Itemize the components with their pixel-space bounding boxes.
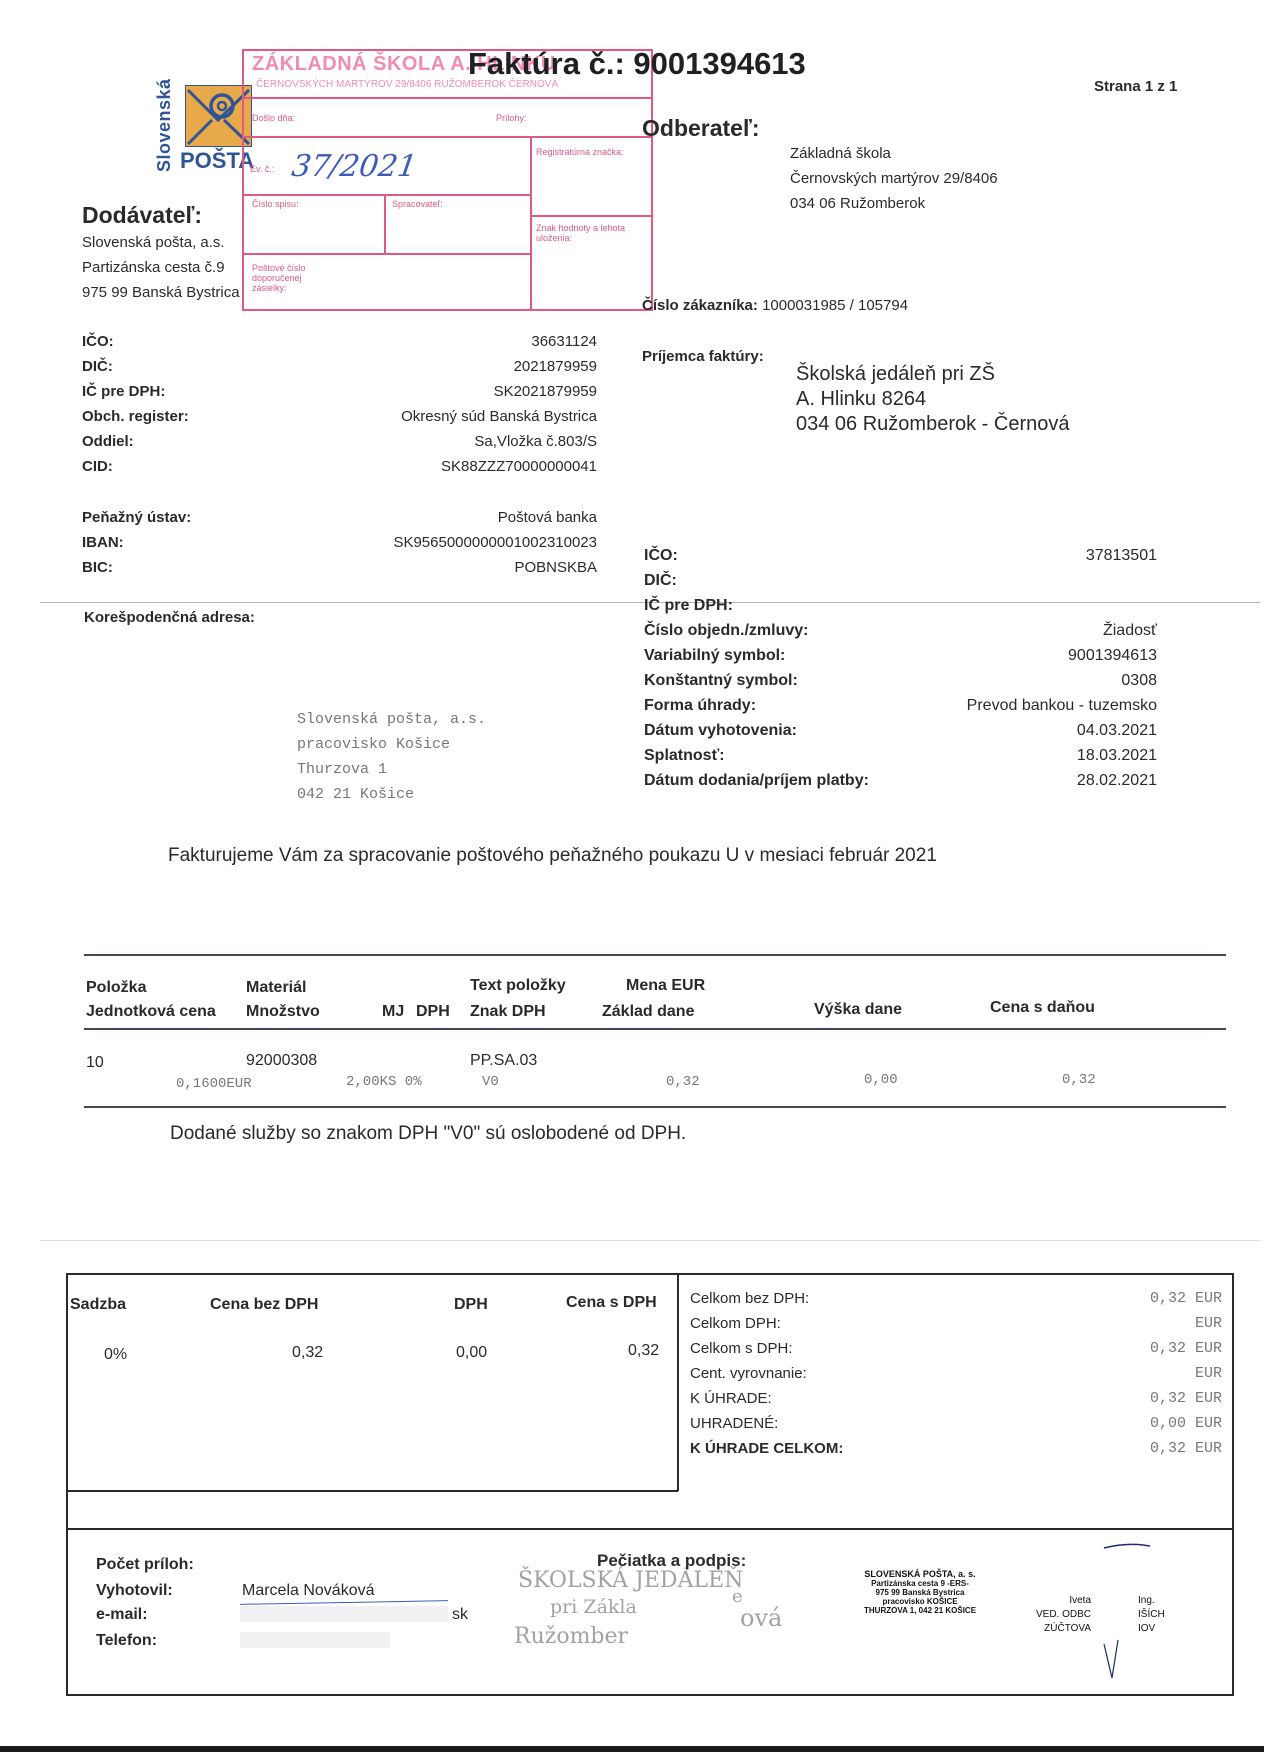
email-redacted [240,1606,448,1622]
detail-label: IČO: [644,543,678,568]
total-label: UHRADENÉ: [690,1411,778,1436]
correspondence-line: Slovenská pošta, a.s. [297,707,486,732]
page-edge [0,1746,1264,1752]
total-value: 0,32 EUR [1150,1386,1222,1411]
ids-label: DIČ: [82,354,113,379]
invoice-title: Faktúra č.: 9001394613 [468,46,806,82]
handwritten-ev-number: 37/2021 [290,149,420,184]
total-label: Celkom bez DPH: [690,1286,809,1311]
supplier-line: Slovenská pošta, a.s. [82,230,240,255]
recipient-line: Školská jedáleň pri ZŠ [796,362,1069,387]
stamp-ev-label: Ev. č.: [250,164,274,174]
stamp-registered-label: Poštové číslo doporučenej zásielky: [252,263,332,293]
vat-exemption-note: Dodané služby so znakom DPH "V0" sú oslo… [170,1123,686,1145]
ids-label: Oddiel: [82,429,134,454]
supplier-address: Slovenská pošta, a.s. Partizánska cesta … [82,230,240,305]
cell-unit-price: 0,1600EUR [176,1076,252,1092]
detail-label: Číslo objedn./zmluvy: [644,618,808,643]
ids-value: SK2021879959 [494,379,597,404]
invoice-intro: Fakturujeme Vám za spracovanie poštového… [168,845,937,867]
ids-value: 2021879959 [514,354,597,379]
detail-value: 0308 [1121,668,1157,693]
ids-value: Okresný súd Banská Bystrica [401,404,597,429]
bank-label: BIC: [82,555,113,580]
vat-amount: 0,00 [456,1340,487,1365]
recipient-label: Príjemca faktúry: [642,344,764,369]
stamp-processor-label: Spracovateľ: [392,199,443,209]
page-indicator: Strana 1 z 1 [1094,78,1177,95]
recipient-line: A. Hlinku 8264 [796,387,1069,412]
ids-value: 36631124 [531,329,597,354]
th-quantity: Množstvo [246,999,320,1024]
bank-label: Peňažný ústav: [82,505,191,530]
correspondence-line: Thurzova 1 [297,757,486,782]
vat-th-net: Cena bez DPH [210,1292,318,1317]
post-stamp-line: Partizánska cesta 9 -ERS- [864,1579,976,1588]
ids-label: Obch. register: [82,404,189,429]
school-stamp-line: Ružomber [514,1624,628,1649]
grand-total-value: 0,32 EUR [1150,1436,1222,1461]
th-base: Základ dane [602,999,694,1024]
ids-label: IČ pre DPH: [82,379,165,404]
total-label: Celkom s DPH: [690,1336,793,1361]
stamp-sign-label: Pečiatka a podpis: [597,1548,746,1573]
stamp-attachments-label: Prílohy: [496,113,527,123]
stamp-registry-label: Registratúrna značka: [536,147,648,157]
vat-th-gross: Cena s DPH [566,1290,657,1315]
bank-value: SK9565000000001002310023 [393,530,597,555]
total-label: K ÚHRADE: [690,1386,772,1411]
supplier-bank: Peňažný ústav:Poštová banka IBAN:SK95650… [82,505,597,580]
th-unit-price: Jednotková cena [86,999,216,1024]
cell-quantity: 2,00KS 0% [346,1074,422,1090]
signature-mark [1100,1540,1190,1680]
supplier-line: Partizánska cesta č.9 [82,255,240,280]
cell-item: 10 [86,1050,104,1075]
correspondence-line: 042 21 Košice [297,782,486,807]
th-total: Cena s daňou [990,995,1095,1020]
th-uom: MJ [382,999,404,1024]
post-stamp: SLOVENSKÁ POŠTA, a. s. Partizánska cesta… [864,1570,976,1615]
phone-redacted [240,1632,390,1648]
school-stamp-line: ová [740,1604,782,1632]
phone-label: Telefon: [96,1628,157,1653]
prepared-label: Vyhotovil: [96,1578,173,1603]
customer-line: 034 06 Ružomberok [790,191,998,216]
ids-label: IČO: [82,329,114,354]
detail-label: Konštantný symbol: [644,668,798,693]
detail-label: DIČ: [644,568,677,593]
customer-heading: Odberateľ: [642,115,760,142]
customer-no-label: Číslo zákazníka: [642,297,758,314]
totals: Celkom bez DPH:0,32 EUR Celkom DPH:EUR C… [690,1286,1222,1461]
ids-value: Sa,Vložka č.803/S [474,429,597,454]
bank-value: POBNSKBA [514,555,597,580]
total-label: Cent. vyrovnanie: [690,1361,807,1386]
cell-tax: 0,00 [864,1072,898,1088]
recipient-line: 034 06 Ružomberok - Černová [796,412,1069,437]
cell-text: PP.SA.03 [470,1048,537,1073]
post-stamp-line: pracovisko KOŠICE [864,1597,976,1606]
total-value: EUR [1195,1311,1222,1336]
vat-rate: 0% [104,1342,127,1367]
post-stamp-line: 975 99 Banská Bystrica [864,1588,976,1597]
th-text: Text položky [470,973,566,998]
detail-value: 9001394613 [1068,643,1157,668]
detail-value: Žiadosť [1103,618,1157,643]
correspondence-line: pracovisko Košice [297,732,486,757]
detail-label: IČ pre DPH: [644,593,733,618]
supplier-ids: IČO:36631124 DIČ:2021879959 IČ pre DPH:S… [82,329,597,479]
email-suffix: sk [452,1602,468,1627]
attachments-label: Počet príloh: [96,1552,194,1577]
vat-th-vat: DPH [454,1292,488,1317]
correspondence-address: Slovenská pošta, a.s. pracovisko Košice … [297,707,486,807]
customer-line: Černovských martýrov 29/8406 [790,166,998,191]
grand-total-label: K ÚHRADE CELKOM: [690,1436,843,1461]
sign-stamp-line: ZÚČTOVA [1036,1622,1091,1636]
total-value: 0,32 EUR [1150,1336,1222,1361]
total-value: 0,00 EUR [1150,1411,1222,1436]
supplier-heading: Dodávateľ: [82,202,202,229]
detail-value: 37813501 [1086,543,1157,568]
detail-label: Dátum dodania/príjem platby: [644,768,869,793]
detail-label: Variabilný symbol: [644,643,785,668]
total-value: EUR [1195,1361,1222,1386]
cell-material: 92000308 [246,1048,317,1073]
bank-value: Poštová banka [498,505,597,530]
detail-value: 18.03.2021 [1077,743,1157,768]
stamp-value-mark-label: Znak hodnoty a lehota uloženia: [536,223,636,243]
cell-vat-code: V0 [482,1074,499,1090]
th-material: Materiál [246,975,306,1000]
post-stamp-line: THURZOVA 1, 042 21 KOŠICE [864,1606,976,1615]
detail-value: Prevod bankou - tuzemsko [967,693,1157,718]
supplier-line: 975 99 Banská Bystrica [82,280,240,305]
sign-stamp-line: VED. ODBC [1036,1608,1091,1622]
email-label: e-mail: [96,1602,148,1627]
total-value: 0,32 EUR [1150,1286,1222,1311]
vat-th-rate: Sadzba [70,1292,126,1317]
prepared-by: Marcela Nováková [242,1578,375,1603]
school-stamp-line: pri Zákla [550,1596,637,1618]
correspondence-label: Korešpodenčná adresa: [84,605,255,630]
ids-label: CID: [82,454,113,479]
vat-net: 0,32 [292,1340,323,1365]
detail-label: Forma úhrady: [644,693,756,718]
signature-stamp-left: Iveta VED. ODBC ZÚČTOVA [1036,1594,1091,1636]
detail-label: Dátum vyhotovenia: [644,718,797,743]
bank-label: IBAN: [82,530,124,555]
vat-gross: 0,32 [628,1338,659,1363]
logo-vertical-text: Slovenská [154,84,180,172]
detail-value: 28.02.2021 [1077,768,1157,793]
customer-no-value: 1000031985 / 105794 [762,297,908,314]
th-tax: Výška dane [814,997,902,1022]
th-vat: DPH [416,999,450,1024]
customer-line: Základná škola [790,141,998,166]
customer-number: Číslo zákazníka: 1000031985 / 105794 [642,293,908,318]
post-stamp-line: SLOVENSKÁ POŠTA, a. s. [864,1570,976,1579]
th-currency: Mena EUR [626,973,705,998]
sign-stamp-line: Iveta [1036,1594,1091,1608]
customer-details: IČO:37813501 DIČ: IČ pre DPH: Číslo obje… [644,543,1157,793]
total-label: Celkom DPH: [690,1311,781,1336]
stamp-file-label: Číslo spisu: [252,199,299,209]
recipient-address: Školská jedáleň pri ZŠ A. Hlinku 8264 03… [796,362,1069,437]
customer-address: Základná škola Černovských martýrov 29/8… [790,141,998,216]
stamp-received-label: Došlo dňa: [252,113,295,123]
registry-stamp: ZÁKLADNÁ ŠKOLA A. HLINKU ČERNOVSKÝCH MAR… [242,49,653,311]
ids-value: SK88ZZZ70000000041 [441,454,597,479]
cell-base: 0,32 [666,1074,700,1090]
detail-label: Splatnosť: [644,743,725,768]
th-vat-code: Znak DPH [470,999,546,1024]
cell-total: 0,32 [1062,1072,1096,1088]
detail-value: 04.03.2021 [1077,718,1157,743]
th-item: Položka [86,975,146,1000]
